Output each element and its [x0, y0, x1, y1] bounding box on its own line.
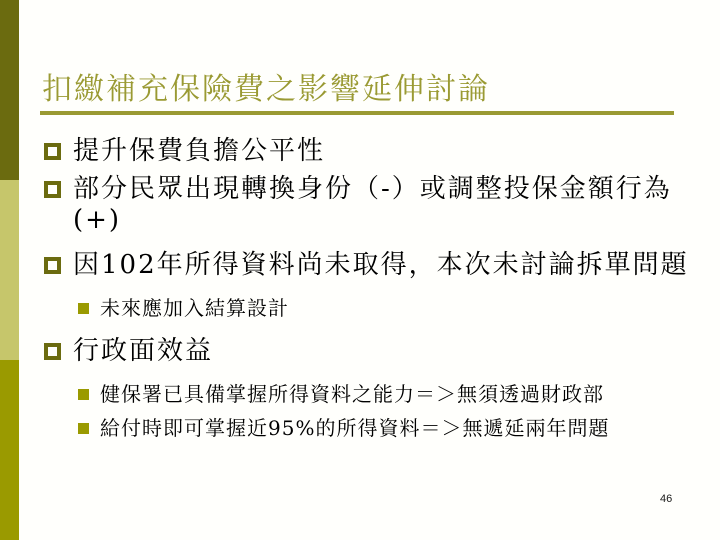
- title-underline-rule: [40, 111, 674, 115]
- sub-bullet-text: 給付時即可掌握近95%的所得資料＝＞無遞延兩年問題: [100, 416, 609, 441]
- sub-bullet-text: 健保署已具備掌握所得資料之能力＝＞無須透過財政部: [100, 382, 604, 407]
- sub-bullet-item: 給付時即可掌握近95%的所得資料＝＞無遞延兩年問題: [78, 416, 609, 441]
- bullet-text: 提升保費負擔公平性: [73, 136, 325, 167]
- bullet-text: 因102年所得資料尚未取得，本次未討論拆單問題: [73, 250, 689, 281]
- sub-bullet-item: 健保署已具備掌握所得資料之能力＝＞無須透過財政部: [78, 382, 604, 407]
- sub-bullet-text: 未來應加入結算設計: [100, 296, 289, 321]
- left-band-middle-segment: [0, 180, 19, 360]
- bullet-item: 因102年所得資料尚未取得，本次未討論拆單問題: [44, 250, 704, 281]
- bullet-text: 部分民眾出現轉換身份（-）或調整投保金額行為 (+): [73, 174, 672, 236]
- bullet-text-line1: 部分民眾出現轉換身份（-）或調整投保金額行為: [73, 174, 672, 205]
- slide-title: 扣繳補充保險費之影響延伸討論: [42, 70, 682, 110]
- hollow-square-bullet-icon: [44, 343, 61, 360]
- slide: 扣繳補充保險費之影響延伸討論 提升保費負擔公平性 部分民眾出現轉換身份（-）或調…: [0, 0, 720, 540]
- solid-square-bullet-icon: [78, 389, 89, 400]
- bullet-text-line2: (+): [73, 205, 672, 236]
- hollow-square-bullet-icon: [44, 181, 61, 198]
- sub-bullet-item: 未來應加入結算設計: [78, 296, 289, 321]
- left-band-top-segment: [0, 0, 19, 180]
- bullet-item: 部分民眾出現轉換身份（-）或調整投保金額行為 (+): [44, 174, 696, 236]
- bullet-item: 行政面效益: [44, 336, 213, 367]
- solid-square-bullet-icon: [78, 423, 89, 434]
- bullet-text: 行政面效益: [73, 336, 213, 367]
- bullet-item: 提升保費負擔公平性: [44, 136, 325, 167]
- solid-square-bullet-icon: [78, 303, 89, 314]
- hollow-square-bullet-icon: [44, 257, 61, 274]
- page-number: 46: [660, 493, 672, 505]
- hollow-square-bullet-icon: [44, 143, 61, 160]
- left-band-bottom-segment: [0, 360, 19, 540]
